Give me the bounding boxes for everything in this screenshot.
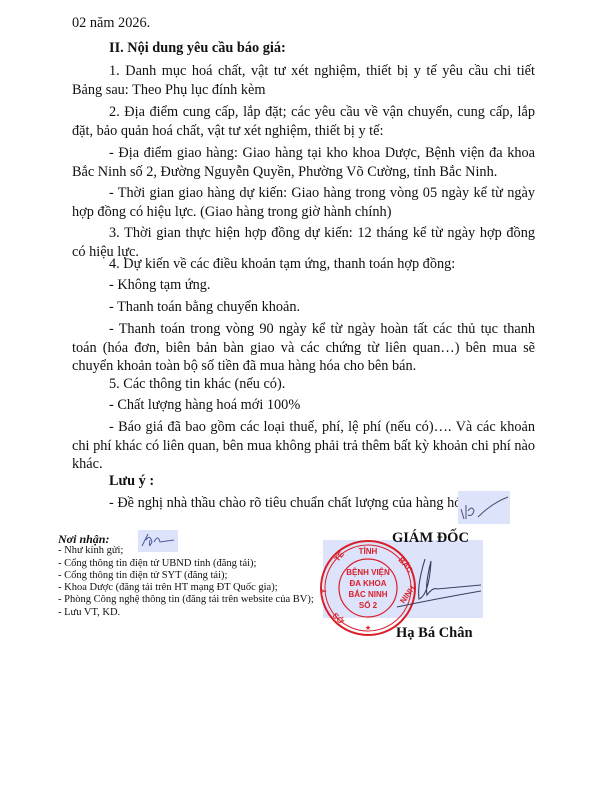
section-heading: II. Nội dung yêu cầu báo giá: [72, 39, 535, 58]
svg-text:SỐ 2: SỐ 2 [359, 600, 378, 610]
director-signature-icon [395, 555, 485, 615]
item-delivery-time: - Thời gian giao hàng dự kiến: Giao hàng… [72, 184, 535, 221]
note-heading: Lưu ý : [72, 472, 535, 491]
initials-signature-icon [458, 491, 510, 524]
date-tail: 02 năm 2026. [72, 14, 535, 33]
recipient-line: - Khoa Dược (đăng tải trên HT mạng ĐT Qu… [58, 582, 314, 594]
item-4: 4. Dự kiến về các điều khoản tạm ứng, th… [72, 255, 535, 274]
item-5: 5. Các thông tin khác (nếu có). [72, 375, 535, 394]
svg-text:BẮC NINH: BẮC NINH [348, 590, 387, 599]
recipients-block: Nơi nhận: - Như kính gửi; - Cổng thông t… [58, 533, 314, 619]
item-quality: - Chất lượng hàng hoá mới 100% [72, 396, 535, 415]
item-payment-terms: - Thanh toán trong vòng 90 ngày kể từ ng… [72, 320, 535, 376]
recipient-line: - Cổng thông tin điện tử UBND tỉnh (đăng… [58, 558, 314, 570]
recipient-line: - Cổng thông tin điện tử SYT (đăng tải); [58, 570, 314, 582]
recipient-line: - Phòng Công nghệ thông tin (đăng tải tr… [58, 594, 314, 606]
svg-text:★: ★ [365, 624, 371, 632]
recipients-initials-icon [138, 530, 178, 552]
recipient-line: - Như kính gửi; [58, 545, 314, 557]
svg-text:ĐA KHOA: ĐA KHOA [349, 579, 386, 588]
recipient-line: - Lưu VT, KD. [58, 607, 314, 619]
svg-text:TỈNH: TỈNH [359, 547, 378, 556]
signer-name: Hạ Bá Chân [396, 625, 473, 642]
svg-text:Y: Y [319, 587, 328, 594]
item-1: 1. Danh mục hoá chất, vật tư xét nghiệm,… [72, 62, 535, 99]
recipients-title: Nơi nhận: [58, 533, 314, 545]
item-transfer: - Thanh toán bằng chuyển khoản. [72, 298, 535, 317]
document-page: 02 năm 2026. II. Nội dung yêu cầu báo gi… [0, 0, 592, 785]
item-price-includes: - Báo giá đã bao gồm các loại thuế, phí,… [72, 418, 535, 474]
item-no-advance: - Không tạm ứng. [72, 276, 535, 295]
item-delivery-location: - Địa điểm giao hàng: Giao hàng tại kho … [72, 144, 535, 181]
svg-text:BỆNH VIỆN: BỆNH VIỆN [346, 568, 390, 577]
item-2: 2. Địa điểm cung cấp, lắp đặt; các yêu c… [72, 103, 535, 140]
